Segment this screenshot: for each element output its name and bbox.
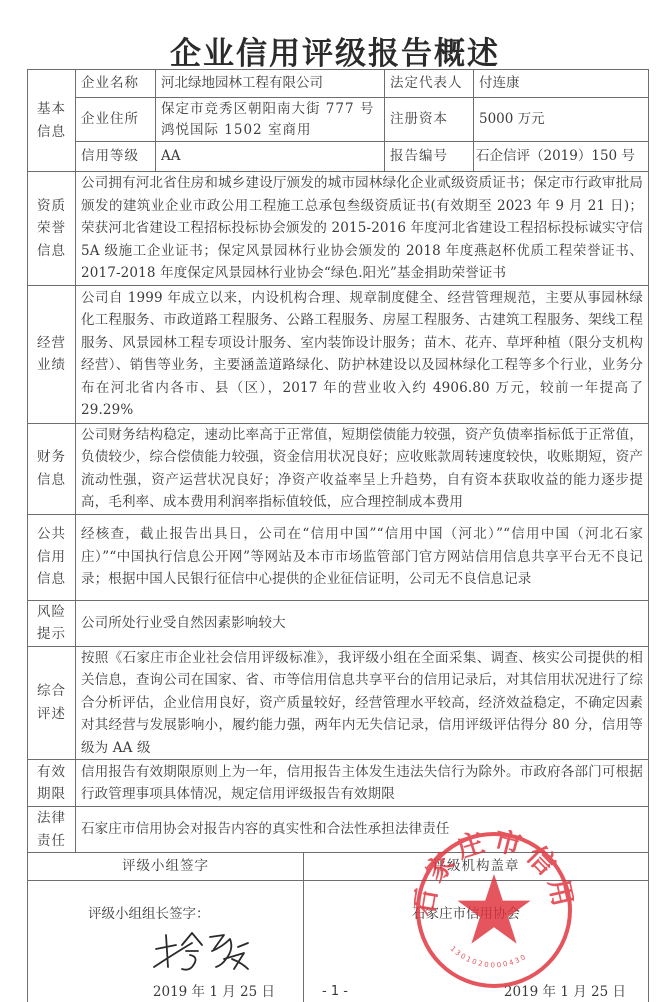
section-row-overall-review: 综合评述 按照《石家庄市企业社会信用评级标准》，我评级小组在全面采集、调查、核实… [28, 646, 649, 760]
section-text: 公司财务结构稳定，速动比率高于正常值，短期偿债能力较强，资产负债率指标低于正常值… [76, 423, 649, 514]
section-text: 公司所处行业受自然因素影响较大 [76, 600, 649, 646]
section-row-validity: 有效期限 信用报告有效期限原则上为一年，信用报告主体发生违法失信行为除外。市政府… [28, 760, 649, 807]
section-row-risk-warning: 风险提示 公司所处行业受自然因素影响较大 [28, 600, 649, 646]
basic-info-row: 基本信息 企业名称 河北绿地园林工程有限公司 法定代表人 付连康 [28, 70, 649, 98]
section-row-financial-info: 财务信息 公司财务结构稳定，速动比率高于正常值，短期偿债能力较强，资产负债率指标… [28, 423, 649, 514]
company-name-value: 河北绿地园林工程有限公司 [156, 70, 385, 98]
address-value: 保定市竞秀区朝阳南大街 777 号鸿悦国际 1502 室商用 [156, 98, 385, 142]
handwritten-signature-icon [152, 929, 262, 979]
field-label-legal-rep: 法定代表人 [385, 70, 474, 98]
rating-agency-seal-header: 评级机构盖章 [304, 853, 649, 881]
section-label: 法律责任 [28, 807, 76, 853]
legal-rep-value: 付连康 [474, 70, 649, 98]
section-text: 公司自 1999 年成立以来，内设机构合理、规章制度健全、经营管理规范，主要从事… [76, 285, 649, 423]
section-label: 综合评述 [28, 646, 76, 760]
field-label-company-name: 企业名称 [76, 70, 156, 98]
credit-rating-value: AA [156, 142, 385, 172]
rating-team-signature-header: 评级小组签字 [28, 853, 304, 881]
section-label: 风险提示 [28, 600, 76, 646]
rating-agency-name: 石家庄市信用协会 [412, 903, 520, 926]
section-label-basic-info: 基本信息 [28, 70, 76, 172]
page-number: - 1 - [0, 984, 670, 999]
section-label: 经营业绩 [28, 285, 76, 423]
section-row-business-performance: 经营业绩 公司自 1999 年成立以来，内设机构合理、规章制度健全、经营管理规范… [28, 285, 649, 423]
field-label-address: 企业住所 [76, 98, 156, 142]
section-text: 石家庄市信用协会对报告内容的真实性和合法性承担法律责任 [76, 807, 649, 853]
page-title: 企业信用评级报告概述 [0, 28, 670, 73]
signature-header-row: 评级小组签字 评级机构盖章 [28, 853, 649, 881]
section-row-legal-responsibility: 法律责任 石家庄市信用协会对报告内容的真实性和合法性承担法律责任 [28, 807, 649, 853]
section-text: 经核查，截止报告出具日，公司在“信用中国”“信用中国（河北）”“信用中国（河北石… [76, 514, 649, 600]
report-table: 基本信息 企业名称 河北绿地园林工程有限公司 法定代表人 付连康 企业住所 保定… [27, 69, 649, 1002]
section-text: 信用报告有效期限原则上为一年，信用报告主体发生违法失信行为除外。市政府各部门可根… [76, 760, 649, 807]
section-label: 有效期限 [28, 760, 76, 807]
field-label-registered-capital: 注册资本 [385, 98, 474, 142]
field-label-credit-rating: 信用等级 [76, 142, 156, 172]
basic-info-row: 信用等级 AA 报告编号 石企信评（2019）150 号 [28, 142, 649, 172]
section-text: 按照《石家庄市企业社会信用评级标准》，我评级小组在全面采集、调查、核实公司提供的… [76, 646, 649, 760]
section-text: 公司拥有河北省住房和城乡建设厅颁发的城市园林绿化企业贰级资质证书；保定市行政审批… [76, 172, 649, 286]
section-row-qualifications: 资质荣誉信息 公司拥有河北省住房和城乡建设厅颁发的城市园林绿化企业贰级资质证书；… [28, 172, 649, 286]
report-number-value: 石企信评（2019）150 号 [474, 142, 649, 172]
section-label: 资质荣誉信息 [28, 172, 76, 286]
field-label-report-number: 报告编号 [385, 142, 474, 172]
section-label: 财务信息 [28, 423, 76, 514]
team-leader-signature-label: 评级小组组长签字： [88, 903, 210, 926]
basic-info-row: 企业住所 保定市竞秀区朝阳南大街 777 号鸿悦国际 1502 室商用 注册资本… [28, 98, 649, 142]
section-label: 公共信用信息 [28, 514, 76, 600]
registered-capital-value: 5000 万元 [474, 98, 649, 142]
section-row-public-credit: 公共信用信息 经核查，截止报告出具日，公司在“信用中国”“信用中国（河北）”“信… [28, 514, 649, 600]
